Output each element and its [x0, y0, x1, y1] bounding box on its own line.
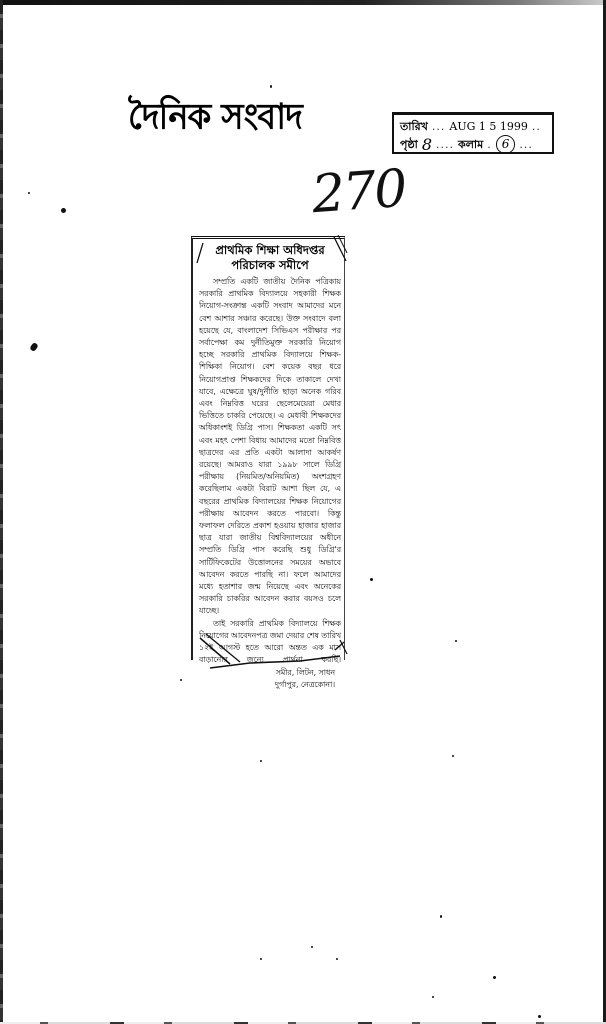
- date-value: AUG 1 5 1999: [449, 118, 527, 135]
- scan-speck: [336, 958, 338, 960]
- scan-speck: [432, 996, 434, 998]
- column-value: 6: [496, 135, 516, 154]
- scan-speck: [538, 1015, 541, 1018]
- scan-speck: [452, 755, 454, 757]
- article-title: প্রাথমিক শিক্ষা অধিদপ্তর পরিচালক সমীপে: [199, 243, 341, 273]
- scan-border-top: [0, 0, 606, 5]
- date-label: তারিখ: [400, 118, 428, 135]
- article-signature: সমীর, লিটন, সাধন দুর্গাপুর, নেত্রকোনা।: [199, 667, 341, 691]
- scan-speck: [29, 342, 39, 352]
- page-column-row: পৃষ্ঠা 8 .... কলাম . 6 ...: [400, 135, 546, 154]
- date-row: তারিখ ... AUG 1 5 1999 ..: [400, 118, 546, 135]
- scan-speck: [493, 976, 496, 979]
- scan-speck: [61, 208, 66, 213]
- article-paragraph: তাই সরকারি প্রাথমিক বিদ্যালয়ে শিক্ষক নি…: [199, 618, 341, 667]
- scan-speck: [260, 760, 262, 762]
- newspaper-masthead: দৈনিক সংবাদ: [128, 99, 302, 135]
- scan-speck: [270, 85, 272, 88]
- scan-speck: [370, 578, 373, 581]
- article-paragraph: সম্প্রতি একটি জাতীয় দৈনিক পত্রিকায় সরক…: [199, 276, 341, 618]
- article-title-line-2: পরিচালক সমীপে: [199, 258, 341, 273]
- scan-speck: [180, 679, 182, 681]
- scan-speck: [311, 946, 313, 948]
- signature-names: সমীর, লিটন, সাধন: [199, 667, 335, 679]
- signature-place: দুর্গাপুর, নেত্রকোনা।: [199, 679, 335, 691]
- date-stamp: তারিখ ... AUG 1 5 1999 .. পৃষ্ঠা 8 .... …: [392, 112, 554, 154]
- article-title-line-1: প্রাথমিক শিক্ষা অধিদপ্তর: [199, 243, 341, 258]
- column-label: কলাম: [458, 136, 483, 153]
- scan-speck: [260, 958, 262, 960]
- article-clipping: প্রাথমিক শিক্ষা অধিদপ্তর পরিচালক সমীপে স…: [191, 236, 345, 660]
- scan-speck: [28, 192, 30, 194]
- scan-speck: [440, 915, 442, 918]
- handwritten-archive-number: 270: [310, 159, 407, 225]
- scan-border-left: [0, 0, 3, 1024]
- page-value: 8: [422, 136, 432, 153]
- scan-speck: [455, 640, 457, 642]
- article-body: সম্প্রতি একটি জাতীয় দৈনিক পত্রিকায় সরক…: [199, 276, 341, 667]
- page-label: পৃষ্ঠা: [400, 136, 418, 153]
